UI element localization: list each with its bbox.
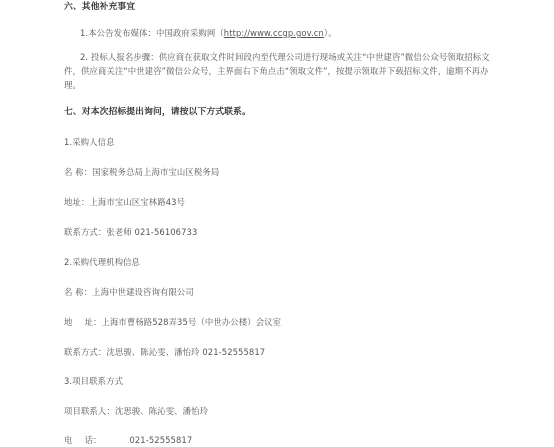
agency-address: 地址：上海市曹杨路528弄35号（中世办公楼）会议室	[64, 316, 281, 329]
project-phone: 电话：021-52555817	[64, 434, 192, 447]
media-notice-suffix: ）。	[324, 28, 337, 38]
phone-label-2: 话：	[84, 435, 101, 445]
project-contact-title: 3.项目联系方式	[64, 375, 123, 388]
agency-address-label: 地	[64, 317, 72, 327]
project-contact-person: 项目联系人：沈思骏、陈沁雯、潘怡玲	[64, 405, 208, 418]
agency-contact: 联系方式：沈思骏、陈沁雯、潘怡玲 021-52555817	[64, 346, 265, 359]
registration-steps: 2. 投标人报名步骤：供应商在获取文件时间段内至代理公司进行现场或关注“中世建咨…	[64, 50, 498, 92]
phone-number: 021-52555817	[129, 435, 192, 445]
agency-address-value: 址：上海市曹杨路528弄35号（中世办公楼）会议室	[84, 317, 281, 327]
media-notice-prefix: 1.本公告发布媒体：中国政府采购网（	[80, 28, 224, 38]
ccgp-link[interactable]: http://www.ccgp.gov.cn	[224, 28, 324, 38]
section-7-heading: 七、对本次招标提出询问，请按以下方式联系。	[64, 106, 251, 119]
media-notice: 1.本公告发布媒体：中国政府采购网（http://www.ccgp.gov.cn…	[80, 27, 337, 40]
agency-name: 名 称：上海中世建设咨询有限公司	[64, 286, 194, 299]
purchaser-contact: 联系方式：张老师 021-56106733	[64, 226, 197, 239]
agency-info-title: 2.采购代理机构信息	[64, 256, 140, 269]
section-6-heading: 六、其他补充事宜	[64, 1, 135, 14]
phone-label: 电	[64, 435, 72, 445]
purchaser-name: 名 称：国家税务总局上海市宝山区税务局	[64, 166, 219, 179]
purchaser-info-title: 1.采购人信息	[64, 136, 115, 149]
purchaser-address: 地址：上海市宝山区宝林路43号	[64, 196, 185, 209]
